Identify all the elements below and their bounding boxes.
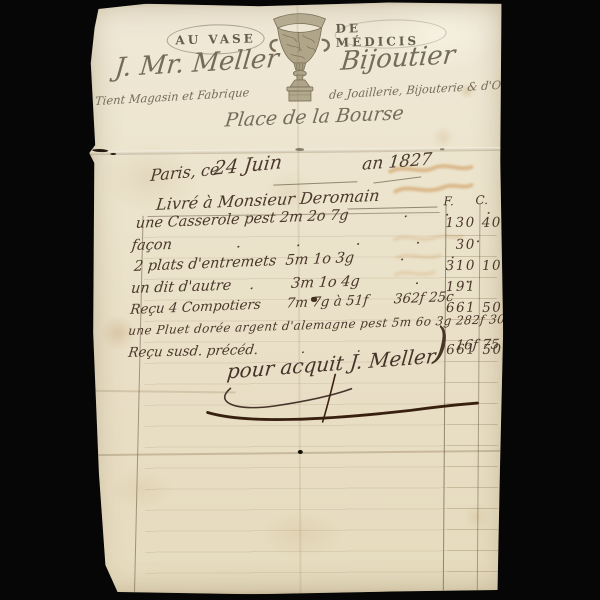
amount-francs: 661 (442, 299, 476, 316)
photo-background: AU VASE DE MÉDICIS J. Mr. Meller Bijouti… (0, 0, 600, 600)
ink-fleck (440, 148, 444, 150)
amount-centimes-total: 50 (482, 342, 502, 358)
edge-tear-mark-small (110, 153, 116, 155)
amount-centimes: 10 (482, 258, 502, 274)
amount-francs: 310 (442, 257, 476, 274)
amount-francs: 30 (442, 236, 476, 253)
signature-flourish-icon (185, 373, 485, 430)
amount-centimes: 50 (482, 300, 502, 316)
fold-ink-mark (295, 148, 304, 151)
invoice-document: AU VASE DE MÉDICIS J. Mr. Meller Bijouti… (88, 1, 506, 595)
amount-centimes: 40 (482, 215, 502, 231)
amount-francs-total: 661 (442, 341, 476, 358)
amount-francs: 130 (442, 214, 476, 231)
amount-francs: 191 (442, 278, 476, 295)
